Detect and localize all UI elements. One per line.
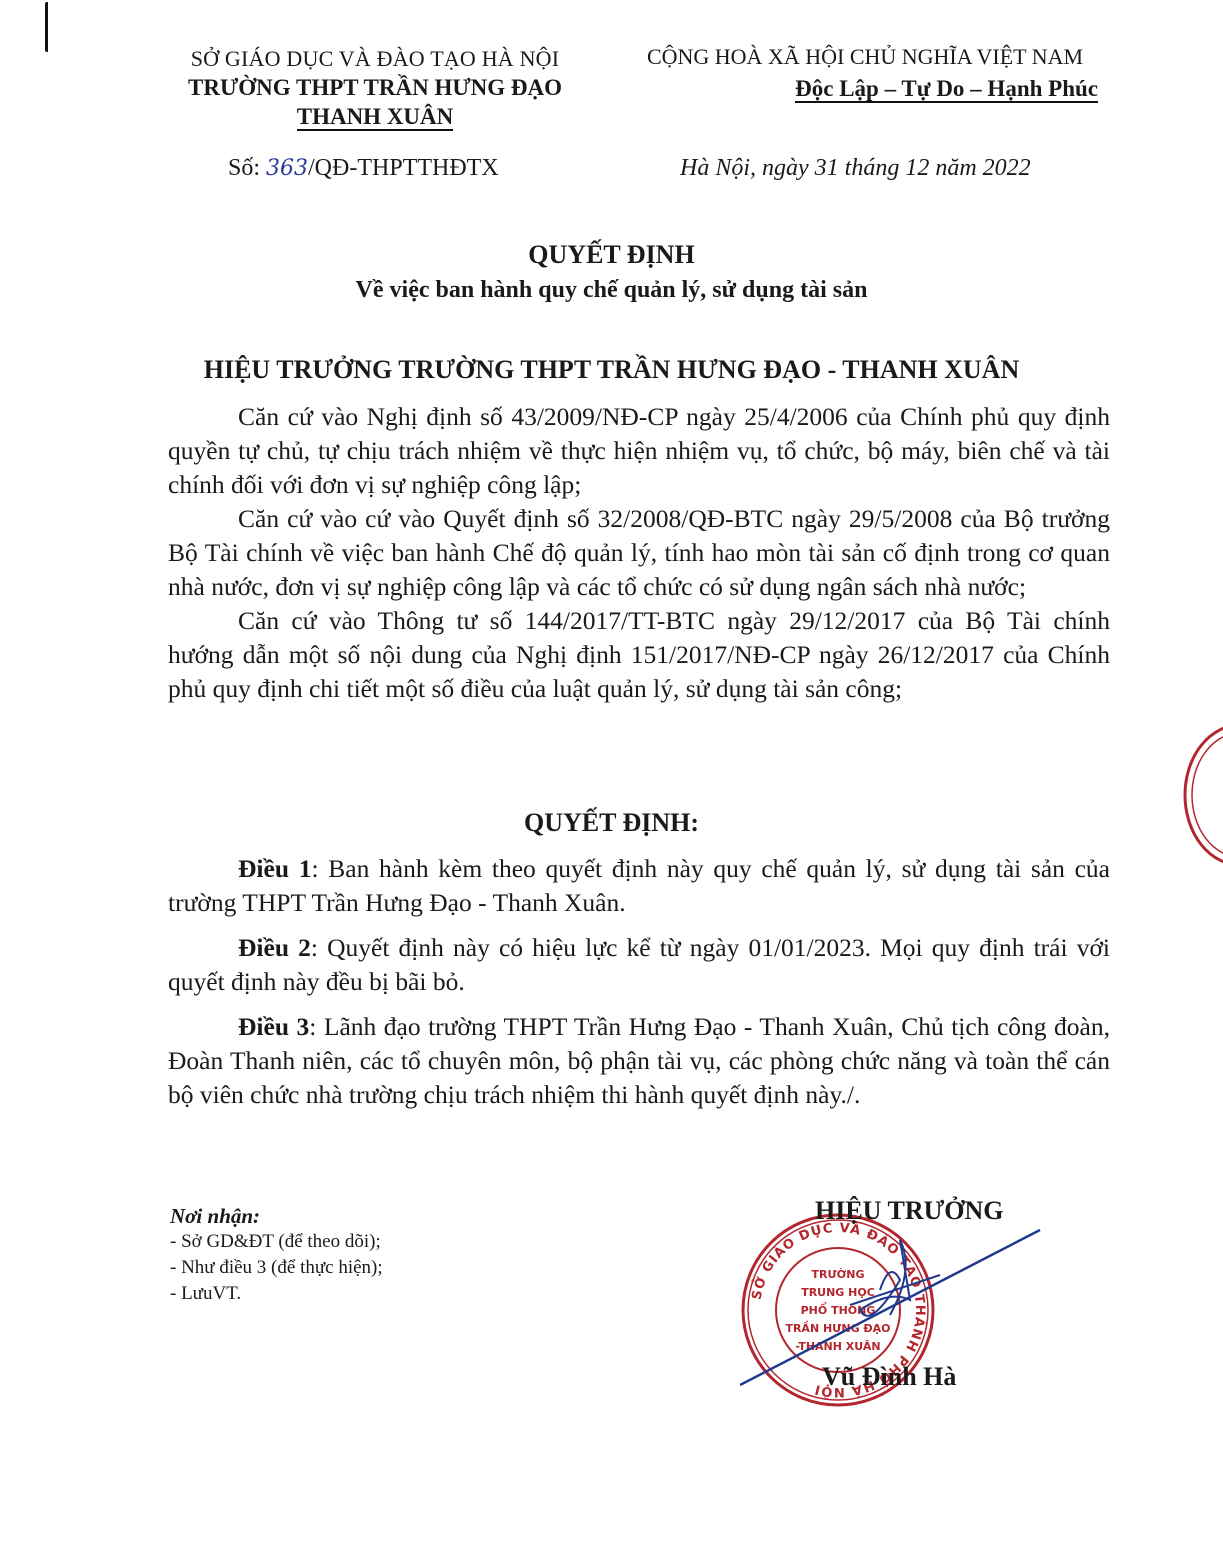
- article-2: Điều 2: Quyết định này có hiệu lực kể từ…: [168, 931, 1110, 999]
- articles: Điều 1: Ban hành kèm theo quyết định này…: [168, 852, 1110, 1123]
- article-label: Điều 2: [238, 933, 311, 962]
- article-text: : Lãnh đạo trường THPT Trần Hưng Đạo - T…: [168, 1012, 1110, 1109]
- legal-basis: Căn cứ vào Nghị định số 43/2009/NĐ-CP ng…: [168, 400, 1110, 706]
- recipient-item: - Sở GD&ĐT (để theo dõi);: [170, 1229, 383, 1255]
- recipient-item: - LưuVT.: [170, 1281, 383, 1307]
- page-edge-seal-icon: [1180, 720, 1223, 870]
- school-name-line2: THANH XUÂN: [297, 104, 454, 131]
- recipients-heading: Nơi nhận:: [170, 1203, 383, 1229]
- decision-heading: QUYẾT ĐỊNH:: [0, 808, 1223, 838]
- margin-mark: [45, 2, 52, 52]
- recipient-item: - Như điều 3 (để thực hiện);: [170, 1255, 383, 1281]
- department-name: SỞ GIÁO DỤC VÀ ĐÀO TẠO HÀ NỘI: [160, 44, 590, 74]
- handwritten-number: 363: [266, 156, 308, 181]
- document-number-prefix: Số:: [228, 155, 266, 181]
- article-3: Điều 3: Lãnh đạo trường THPT Trần Hưng Đ…: [168, 1010, 1110, 1112]
- document-number: Số: 363/QĐ-THPTTHĐTX: [228, 155, 499, 182]
- nation-name: CỘNG HOÀ XÃ HỘI CHỦ NGHĨA VIỆT NAM: [630, 40, 1100, 74]
- school-name-line1: TRƯỜNG THPT TRẦN HƯNG ĐẠO: [160, 74, 590, 102]
- article-1: Điều 1: Ban hành kèm theo quyết định này…: [168, 852, 1110, 920]
- basis-paragraph: Căn cứ vào cứ vào Quyết định số 32/2008/…: [168, 502, 1110, 604]
- recipients-block: Nơi nhận: - Sở GD&ĐT (để theo dõi); - Nh…: [170, 1203, 383, 1307]
- basis-paragraph: Căn cứ vào Thông tư số 144/2017/TT-BTC n…: [168, 604, 1110, 706]
- document-title: QUYẾT ĐỊNH: [0, 240, 1223, 270]
- signer-title: HIỆU TRƯỞNG: [815, 1196, 1004, 1226]
- national-header-block: CỘNG HOÀ XÃ HỘI CHỦ NGHĨA VIỆT NAM Độc L…: [630, 40, 1100, 104]
- article-label: Điều 3: [238, 1012, 309, 1041]
- basis-paragraph: Căn cứ vào Nghị định số 43/2009/NĐ-CP ng…: [168, 400, 1110, 502]
- document-number-suffix: /QĐ-THPTTHĐTX: [308, 155, 499, 181]
- article-label: Điều 1: [238, 854, 311, 883]
- document-subtitle: Về việc ban hành quy chế quản lý, sử dụn…: [0, 277, 1223, 304]
- issuing-authority: HIỆU TRƯỞNG TRƯỜNG THPT TRẦN HƯNG ĐẠO - …: [0, 355, 1223, 385]
- national-motto: Độc Lập – Tự Do – Hạnh Phúc: [795, 76, 1098, 103]
- document-date: Hà Nội, ngày 31 tháng 12 năm 2022: [680, 155, 1031, 182]
- signer-name: Vũ Đình Hà: [822, 1362, 956, 1392]
- issuing-agency-block: SỞ GIÁO DỤC VÀ ĐÀO TẠO HÀ NỘI TRƯỜNG THP…: [160, 44, 590, 132]
